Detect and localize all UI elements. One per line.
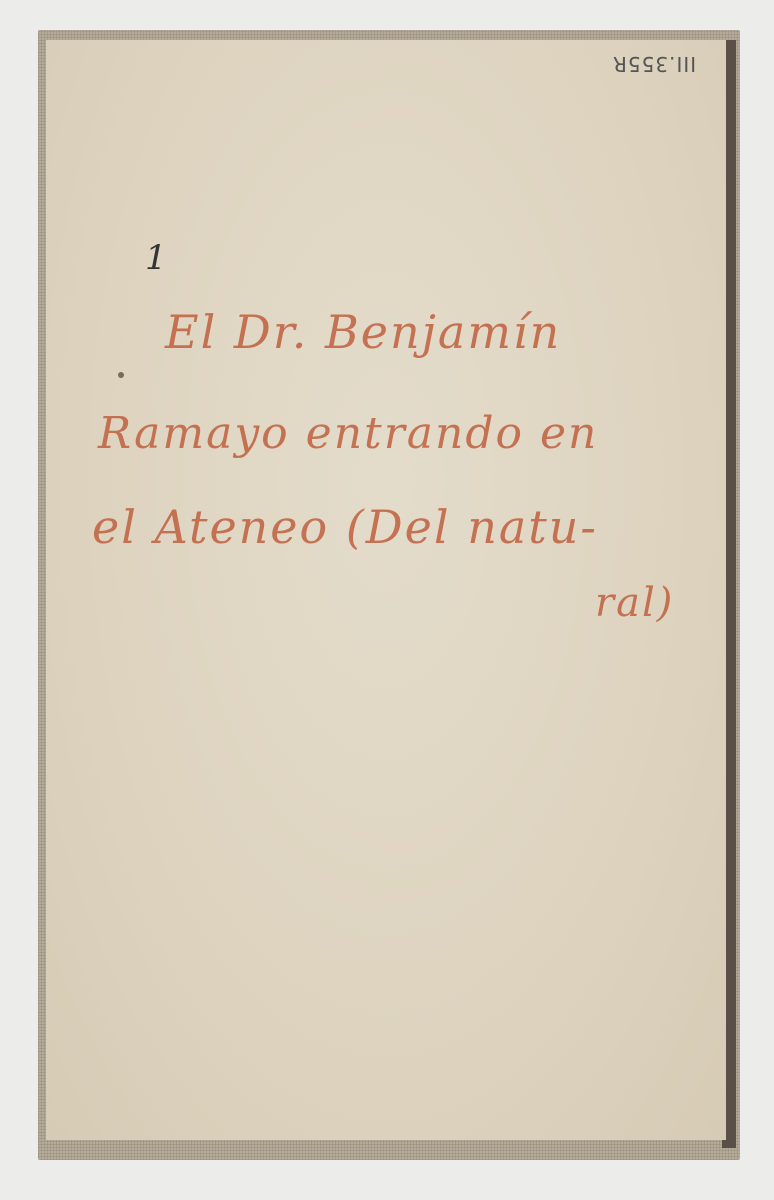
handwritten-line-4: ral) <box>595 580 674 626</box>
inventory-number: III.355R <box>612 52 696 76</box>
page-number: 1 <box>145 238 167 278</box>
handwritten-line-2: Ramayo entrando en <box>98 408 598 459</box>
paper-spot <box>118 372 124 378</box>
handwritten-line-3: el Ateneo (Del natu- <box>92 500 598 554</box>
handwritten-line-1: El Dr. Benjamín <box>165 305 561 359</box>
